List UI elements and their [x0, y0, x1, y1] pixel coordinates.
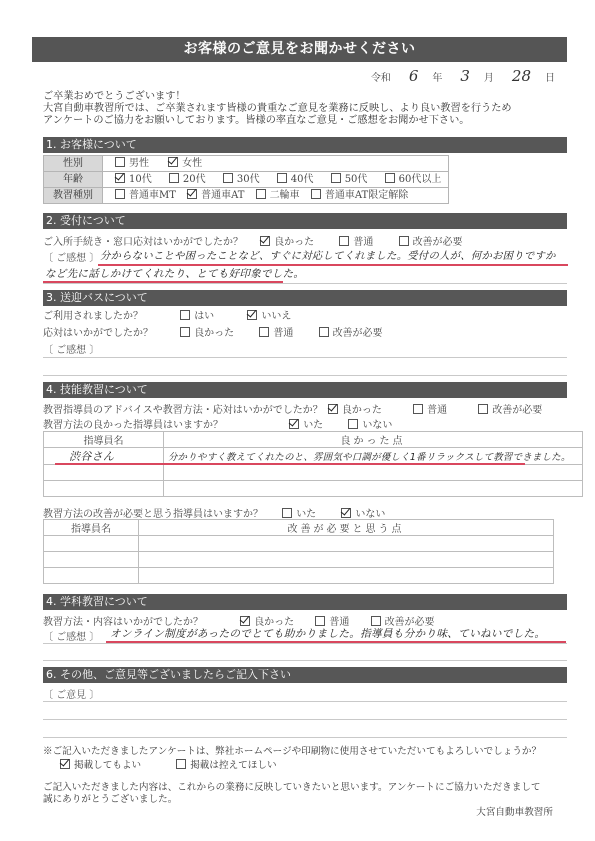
- consent-question: ※ご記入いただきましたアンケートは、弊社ホームページや印刷物に使用させていただい…: [43, 746, 541, 758]
- bus-service-row: 応対はいかがでしたか？ 良かった 普通 改善が必要: [43, 324, 405, 339]
- good-point-cell[interactable]: [164, 465, 583, 481]
- good-instructor-row: 教習方法の良かった指導員はいますか？ いた いない: [43, 416, 414, 431]
- option-label: 男性: [129, 158, 149, 169]
- option-label: 掲載してもよい: [74, 760, 141, 771]
- question-text: 教習指導員のアドバイスや教習方法・応対はいかがでしたか？: [43, 405, 323, 416]
- checkbox-icon: [315, 616, 325, 626]
- checkbox-yes[interactable]: いた: [282, 505, 316, 520]
- column-header: 良かった点: [164, 432, 583, 448]
- option-label: 40代: [291, 174, 314, 185]
- option-label: 60代以上: [399, 174, 442, 185]
- intro-line-2: 大宮自動車教習所では、ご卒業されます皆様の貴重なご意見を業務に反映し、より良い教…: [43, 103, 512, 115]
- section-6-header: 6. その他、ご意見等ございましたらご記入下さい: [43, 667, 567, 683]
- instructor-name-cell[interactable]: [44, 536, 139, 552]
- consent-options: 掲載してもよい 掲載は控えてほしい: [60, 759, 293, 772]
- checkbox-at-limit-removal[interactable]: 普通車AT限定解除: [311, 188, 408, 203]
- question-text: 教習方法の良かった指導員はいますか？: [43, 416, 286, 431]
- checkbox-icon: [277, 173, 287, 183]
- checkbox-normal[interactable]: 普通: [339, 233, 373, 248]
- thanks-line-1: ご記入いただきました内容は、これからの業務に反映していきたいと思います。アンケー…: [43, 782, 541, 794]
- checkbox-allow-publish[interactable]: 掲載してもよい: [60, 759, 141, 772]
- comment-line[interactable]: [43, 719, 567, 720]
- comment-label: 〔 ご感想 〕: [43, 249, 99, 264]
- date-month-value[interactable]: 3: [460, 67, 470, 85]
- thanks-text: ご記入いただきました内容は、これからの業務に反映していきたいと思います。アンケー…: [43, 782, 541, 806]
- checkbox-good[interactable]: 良かった: [180, 324, 234, 339]
- row-label: 年齢: [44, 172, 103, 188]
- date-day-label: 日: [545, 69, 555, 84]
- option-label: いいえ: [261, 311, 291, 322]
- question-text: 教習方法の改善が必要と思う指導員はいますか？: [43, 505, 279, 520]
- reception-question-row: ご入所手続き・窓口応対はいかがでしたか？ 良かった 普通 改善が必要: [43, 233, 485, 248]
- option-label: 改善が必要: [492, 405, 542, 416]
- checkbox-checked-icon: [168, 157, 178, 167]
- question-text: ご利用されましたか？: [43, 307, 177, 322]
- option-label: 20代: [183, 174, 206, 185]
- reception-comment-line-1[interactable]: 分からないことや困ったことなど、すぐに対応してくれました。受付の人が、何かお困り…: [100, 247, 556, 262]
- improve-instructor-row: 教習方法の改善が必要と思う指導員はいますか？ いた いない: [43, 505, 407, 520]
- customer-info-table: 性別 男性 女性 年齢 10代 20代 30代 40代 50代 60代以上 教習…: [43, 155, 449, 204]
- date-day-value[interactable]: 28: [512, 67, 531, 85]
- checkbox-good[interactable]: 良かった: [260, 233, 314, 248]
- checkbox-icon: [169, 173, 179, 183]
- lecture-comment[interactable]: オンライン制度があったのでとても助かりました。指導員も分かり味、ていねいでした。: [110, 626, 545, 641]
- date-era: 令和: [371, 69, 391, 84]
- option-label: 普通車AT: [201, 190, 244, 201]
- checkbox-checked-icon: [289, 419, 299, 429]
- checkbox-motorcycle[interactable]: 二輪車: [256, 188, 300, 203]
- good-point-cell[interactable]: [164, 481, 583, 497]
- instructor-name-cell[interactable]: [44, 552, 139, 568]
- divider: [43, 283, 567, 284]
- checkbox-yes[interactable]: はい: [180, 307, 214, 322]
- comment-line[interactable]: [43, 375, 567, 376]
- instructor-name-cell[interactable]: [44, 481, 164, 497]
- checkbox-normal[interactable]: 普通: [259, 324, 293, 339]
- table-row-course: 教習種別 普通車MT 普通車AT 二輪車 普通車AT限定解除: [44, 188, 449, 204]
- option-label: 女性: [182, 158, 202, 169]
- checkbox-checked-icon: [187, 189, 197, 199]
- checkbox-icon: [331, 173, 341, 183]
- checkbox-at[interactable]: 普通車AT: [187, 188, 244, 203]
- checkbox-icon: [348, 419, 358, 429]
- checkbox-age-40s[interactable]: 40代: [277, 172, 314, 187]
- reception-comment-line-2[interactable]: など先に話しかけてくれたり、とても好印象でした。: [45, 266, 304, 281]
- section-5-header: 4. 学科教習について: [43, 594, 567, 610]
- checkbox-age-10s[interactable]: 10代: [115, 172, 152, 187]
- section-1-header: 1. お客様について: [43, 137, 567, 153]
- option-label: 普通: [273, 328, 293, 339]
- checkbox-icon: [478, 404, 488, 414]
- checkbox-icon: [413, 404, 423, 414]
- checkbox-checked-icon: [328, 404, 338, 414]
- checkbox-icon: [282, 508, 292, 518]
- comment-label: 〔 ご感想 〕: [43, 341, 99, 356]
- column-header: 指導員名: [44, 432, 164, 448]
- table-row: [44, 481, 583, 497]
- comment-line[interactable]: [43, 660, 567, 661]
- page-title: お客様のご意見をお聞かせください: [32, 37, 567, 62]
- row-label: 性別: [44, 156, 103, 172]
- option-label: いない: [362, 420, 392, 431]
- checkbox-age-50s[interactable]: 50代: [331, 172, 368, 187]
- checkbox-female[interactable]: 女性: [168, 156, 202, 171]
- checkbox-no[interactable]: いない: [341, 505, 385, 520]
- checkbox-checked-icon: [115, 173, 125, 183]
- section-2-header: 2. 受付について: [43, 213, 567, 229]
- checkbox-icon: [180, 327, 190, 337]
- table-row: [44, 536, 554, 552]
- instructor-name-cell[interactable]: [44, 465, 164, 481]
- checkbox-checked-icon: [247, 310, 257, 320]
- option-label: 改善が必要: [333, 328, 383, 339]
- checkbox-icon: [385, 173, 395, 183]
- checkbox-no[interactable]: いいえ: [247, 307, 291, 322]
- checkbox-yes[interactable]: いた: [289, 416, 323, 431]
- option-label: 普通車MT: [129, 190, 176, 201]
- checkbox-icon: [371, 616, 381, 626]
- checkbox-checked-icon: [60, 759, 70, 769]
- checkbox-icon: [399, 236, 409, 246]
- section-4-header: 4. 技能教習について: [43, 382, 567, 398]
- option-label: 掲載は控えてほしい: [190, 760, 276, 771]
- row-label: 教習種別: [44, 188, 103, 204]
- option-label: はい: [194, 311, 214, 322]
- checkbox-decline-publish[interactable]: 掲載は控えてほしい: [176, 759, 276, 772]
- date-year-value[interactable]: 6: [409, 67, 419, 85]
- table-row-gender: 性別 男性 女性: [44, 156, 449, 172]
- instructor-name[interactable]: 渋谷さん: [69, 450, 114, 463]
- checkbox-icon: [180, 310, 190, 320]
- checkbox-checked-icon: [240, 616, 250, 626]
- checkbox-icon: [256, 189, 266, 199]
- checkbox-male[interactable]: 男性: [115, 156, 149, 171]
- checkbox-icon: [115, 189, 125, 199]
- checkbox-icon: [176, 759, 186, 769]
- checkbox-icon: [319, 327, 329, 337]
- intro-line-3: アンケートのご協力をお願いしております。皆様の率直なご意見・ご感想をお聞かせ下さ…: [43, 115, 512, 127]
- date-month-label: 月: [484, 69, 494, 84]
- comment-label: 〔 ご意見 〕: [43, 686, 99, 701]
- date: 令和 6 年 3 月 28 日: [371, 67, 555, 85]
- column-header: 指導員名: [44, 520, 139, 536]
- table-header-row: 指導員名 改善が必要と思う点: [44, 520, 554, 536]
- comment-label: 〔 ご感想 〕: [43, 628, 99, 643]
- bus-usage-row: ご利用されましたか？ はい いいえ: [43, 307, 313, 322]
- table-row: [44, 465, 583, 481]
- column-header: 改善が必要と思う点: [139, 520, 554, 536]
- good-point[interactable]: 分かりやすく教えてくれたのと、雰囲気や口調が優しく1番リラックスして教習できまし…: [168, 452, 571, 463]
- option-label: 50代: [345, 174, 368, 185]
- table-row-age: 年齢 10代 20代 30代 40代 50代 60代以上: [44, 172, 449, 188]
- instructor-name-cell[interactable]: [44, 568, 139, 584]
- comment-line[interactable]: [43, 357, 567, 358]
- underline-marker: [55, 463, 525, 465]
- checkbox-icon: [115, 157, 125, 167]
- date-year-label: 年: [432, 69, 442, 84]
- option-label: 普通: [427, 405, 447, 416]
- option-label: 良かった: [194, 328, 234, 339]
- comment-line[interactable]: [43, 737, 567, 738]
- comment-line[interactable]: [43, 701, 567, 702]
- checkbox-icon: [311, 189, 321, 199]
- thanks-line-2: 誠にありがとうございました。: [43, 794, 541, 806]
- table-row: 渋谷さん 分かりやすく教えてくれたのと、雰囲気や口調が優しく1番リラックスして教…: [44, 448, 583, 465]
- option-label: 10代: [129, 174, 152, 185]
- comment-line[interactable]: [43, 643, 567, 644]
- option-label: いた: [303, 420, 323, 431]
- checkbox-no[interactable]: いない: [348, 416, 392, 431]
- checkbox-icon: [223, 173, 233, 183]
- improve-point-cell[interactable]: [139, 536, 554, 552]
- improve-instructor-table: 指導員名 改善が必要と思う点: [43, 519, 554, 584]
- checkbox-checked-icon: [341, 508, 351, 518]
- table-row: [44, 552, 554, 568]
- option-label: 30代: [237, 174, 260, 185]
- improve-point-cell[interactable]: [139, 568, 554, 584]
- table-row: [44, 568, 554, 584]
- checkbox-checked-icon: [260, 236, 270, 246]
- checkbox-mt[interactable]: 普通車MT: [115, 188, 176, 203]
- company-name: 大宮自動車教習所: [476, 807, 553, 819]
- section-3-header: 3. 送迎バスについて: [43, 290, 567, 306]
- checkbox-age-20s[interactable]: 20代: [169, 172, 206, 187]
- checkbox-icon: [259, 327, 269, 337]
- checkbox-icon: [339, 236, 349, 246]
- option-label: 二輪車: [270, 190, 300, 201]
- improve-point-cell[interactable]: [139, 552, 554, 568]
- option-label: 普通車AT限定解除: [325, 190, 408, 201]
- table-header-row: 指導員名 良かった点: [44, 432, 583, 448]
- checkbox-good[interactable]: 良かった: [328, 401, 382, 416]
- instructor-rating-row: 教習指導員のアドバイスや教習方法・応対はいかがでしたか？ 良かった 普通 改善が…: [43, 401, 564, 416]
- intro-line-1: ご卒業おめでとうございます！: [43, 91, 512, 103]
- checkbox-needs-improvement[interactable]: 改善が必要: [399, 233, 463, 248]
- question-text: 応対はいかがでしたか？: [43, 324, 177, 339]
- checkbox-normal[interactable]: 普通: [413, 401, 447, 416]
- checkbox-age-60s-plus[interactable]: 60代以上: [385, 172, 442, 187]
- checkbox-needs-improvement[interactable]: 改善が必要: [478, 401, 542, 416]
- checkbox-needs-improvement[interactable]: 改善が必要: [319, 324, 383, 339]
- intro-text: ご卒業おめでとうございます！ 大宮自動車教習所では、ご卒業されます皆様の貴重なご…: [43, 91, 512, 127]
- option-label: 良かった: [342, 405, 382, 416]
- checkbox-age-30s[interactable]: 30代: [223, 172, 260, 187]
